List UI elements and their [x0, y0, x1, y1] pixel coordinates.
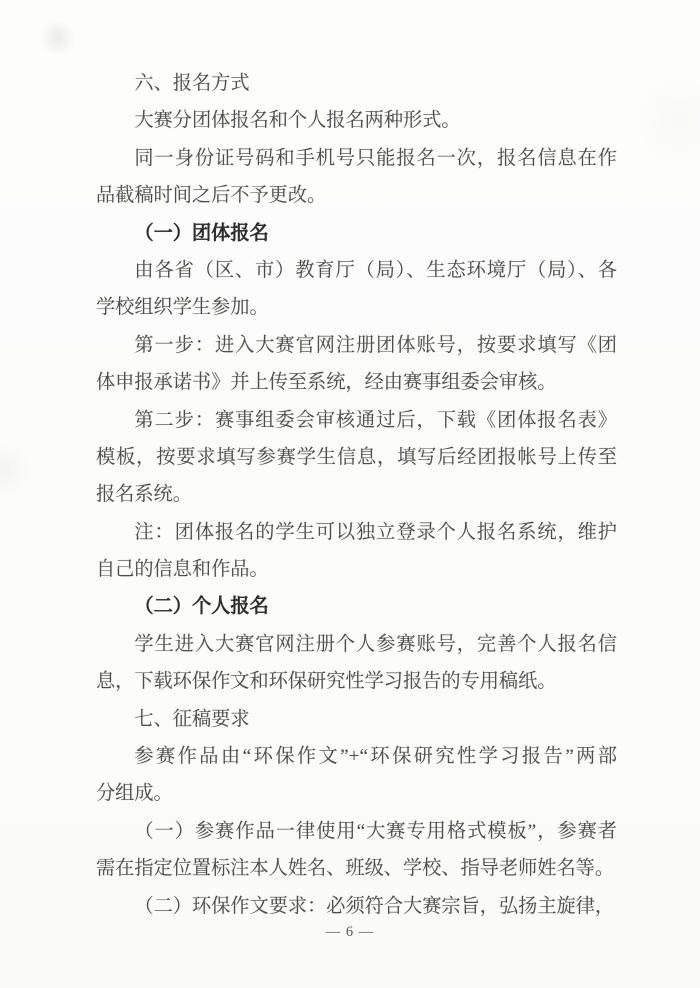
page-number: — 6 —	[0, 920, 700, 944]
text-line: 大赛分团体报名和个人报名两种形式。	[96, 102, 617, 139]
text-line: 六、报名方式	[96, 65, 617, 102]
text-line: 学生进入大赛官网注册个人参赛账号，完善个人报名信	[96, 626, 617, 663]
text-line: 学校组织学生参加。	[96, 289, 617, 326]
text-line: 自己的信息和作品。	[96, 551, 617, 588]
text-line: （一）参赛作品一律使用“大赛专用格式模板”，参赛者	[96, 813, 617, 850]
text-line: 息，下载环保作文和环保研究性学习报告的专用稿纸。	[96, 663, 617, 700]
text-line: 注：团体报名的学生可以独立登录个人报名系统，维护	[96, 514, 617, 551]
text-line: 由各省（区、市）教育厅（局）、生态环境厅（局）、各	[96, 252, 617, 289]
text-line: 体申报承诺书》并上传至系统，经由赛事组委会审核。	[96, 364, 617, 401]
text-line: 第一步：进入大赛官网注册团体账号，按要求填写《团	[96, 327, 617, 364]
text-line: 第二步：赛事组委会审核通过后，下载《团体报名表》	[96, 402, 617, 439]
heading-line: （一）团体报名	[96, 215, 617, 252]
text-line: 品截稿时间之后不予更改。	[96, 177, 617, 214]
text-line: 参赛作品由“环保作文”+“环保研究性学习报告”两部	[96, 738, 617, 775]
document-body: 六、报名方式大赛分团体报名和个人报名两种形式。同一身份证号码和手机号只能报名一次…	[96, 65, 617, 925]
text-line: 七、征稿要求	[96, 701, 617, 738]
text-line: 分组成。	[96, 775, 617, 812]
text-line: 同一身份证号码和手机号只能报名一次，报名信息在作	[96, 140, 617, 177]
text-line: 模板，按要求填写参赛学生信息，填写后经团报帐号上传至	[96, 439, 617, 476]
text-line: 报名系统。	[96, 476, 617, 513]
heading-line: （二）个人报名	[96, 588, 617, 625]
document-page: 六、报名方式大赛分团体报名和个人报名两种形式。同一身份证号码和手机号只能报名一次…	[0, 0, 700, 988]
text-line: 需在指定位置标注本人姓名、班级、学校、指导老师姓名等。	[96, 850, 617, 887]
